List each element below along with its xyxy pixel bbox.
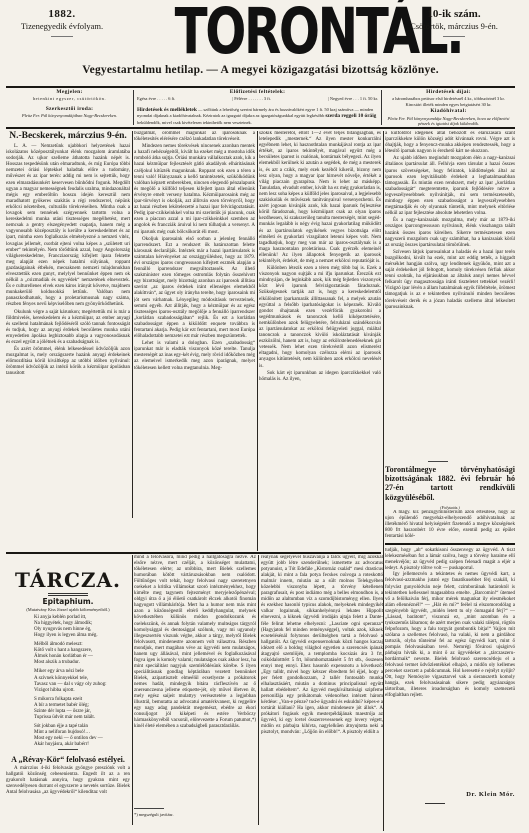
ads-info: Hirdetések és mellékletek — szőltünk a l… [137,107,378,125]
year-label: 1882. [12,8,112,20]
feuilleton-column-3: realynak segélyével huszavanja a falck ü… [261,555,383,823]
poem-title: Epitaphium. [6,599,130,605]
issue-date: Csötörtök, márczius 9-én. [399,21,509,31]
article-column-1: N.-Becskerek, márczius 9-én. L. A. — Nem… [6,131,130,518]
column-rule [132,555,133,825]
paragraph: realynak segélyével huszavanja a falck ü… [261,555,383,736]
subscription-prices: Egész évre . . . . . 6 ft. | Félévre . .… [137,96,378,101]
paragraph: Különben létezik ezen a téren még több b… [259,266,381,370]
fees-text: a háromhasábos petitsor első hirdetésnél… [385,96,512,107]
price-quarter: | Negyed évre . . . 1 ft. 50 kr. [328,96,378,101]
volume-label: Tizenegyedik évfolyam. [12,21,112,31]
publisher-label: Kiadóhivatal: [385,109,512,114]
stanza: Sót jokban éjje a tapé talán Mint a neli… [6,724,130,748]
divider [443,36,465,37]
assembly-headline: Torontálmegye törvényhatósági bizottságá… [385,465,515,512]
column-rule [258,555,259,825]
paragraph: Okulunk végre a saját kárunkon; megértet… [6,310,130,347]
paragraph: Okoljuk iparosaink első sorban a jelenle… [134,237,255,341]
publication-info: Megjelen: hetenkint egyszer, csütörtökön… [6,90,134,125]
feuilleton-column-2: mind a felolvasóra, mind pedig a hallgat… [134,555,256,823]
paragraph: szokik mesterétől, eltölt 1—2 évet telje… [259,131,381,265]
stanza: Ki anyja keblén porlad itt, Na higgyétek… [6,615,130,639]
poem: Epitaphium. (Mutatvány Kiss József ujabb… [6,599,130,751]
paragraph: a külföldről idegenek által behozott és … [385,131,515,155]
verse-line: Akár huyjásra, akár babérr! [34,742,130,748]
end-rule [425,803,445,804]
info-band: Megjelen: hetenkint egyszer, csütörtökön… [6,86,515,129]
signature: Dr. Klein Mór. [420,791,515,798]
appears-label: Megjelen: [9,90,130,95]
editorial-text: Pleitz Fer. Pál könyvnyomdájában Nagy-Be… [9,113,130,118]
divider [58,749,78,750]
revay-headline: A „Révay-Kör“ felolvasó estélyei. [6,755,130,764]
assembly-body: A magy. kir. pénzügyministerium azon ért… [385,510,515,795]
issue-number: 10-ik szám. [399,8,509,20]
feuilleton-title: TÁRCZA. [6,568,130,592]
stanza: Mélből álmodó meleszt: Kötő volt s hant … [6,642,130,666]
masthead-right: 10-ik szám. Csötörtök, márczius 9-én. [399,8,509,37]
column-rule [257,131,258,551]
divider [428,461,448,462]
section-rule [385,543,515,545]
paragraph: mind a felolvasóra, mind pedig a hallgat… [134,555,256,730]
subscription-info: Előfizetési feltételek: Egész évre . . .… [134,90,382,125]
verse-line: Tuprissa üdvöt már nem talált. [34,715,130,721]
paragraph: Mindezen nemes törekvések nincsenek azon… [134,144,255,235]
ornament [48,593,88,596]
paragraph: A márczius 4-iki felolvasás gyöngye pres… [6,766,130,796]
paragraph: Sok kárt ejt iparunkban az idegen iparcz… [259,371,381,383]
ads-deadline: szerda reggeli 10 óráig [325,113,376,119]
ad-fees-info: Hirdetések díjai: a háromhasábos petitso… [382,90,515,125]
column-rule [132,131,133,518]
verse-line: Hogy ilyen is legyen álma még. [34,633,130,639]
editorial-label: Szerkesztői iroda: [9,107,130,112]
publisher-text: Pleitz Fer. Pál könyvnyomdája Nagy-Becsk… [385,116,512,127]
newspaper-title: TORONTÁL. [175,0,378,63]
price-year: Egész évre . . . . . 6 ft. [137,96,175,101]
paragraph: Lehet is valami a dologban. Ezen „szabad… [134,341,255,371]
stanza: S mikorra folkapta ezeit A bír a termete… [6,697,130,721]
masthead: 1882. Tizenegyedik évfolyam. TORONTÁL. 1… [6,0,515,60]
verse-line: Most alszik a trubadur. [34,660,130,666]
article-column-3: szokik mesterétől, eltölt 1—2 évet telje… [259,131,381,518]
article-headline: N.-Becskerek, márczius 9-én. [6,131,130,142]
paragraph: És azért örömmel, élénk lelkesedéssel üd… [6,347,130,377]
poem-note: (Mutatvány Kiss József ujabb költeményei… [6,607,130,613]
article-column-4: a külföldről idegenek által behozott és … [385,131,515,461]
verse-line: Virágot hibba ujrott. [34,688,130,694]
ads-label: Hirdetések és mellékletek [137,107,197,113]
paragraph: Igy jellemezvén a tekintetes és nemes üg… [385,572,515,699]
masthead-left: 1882. Tizenegyedik évfolyam. [12,8,112,37]
column-rule [383,131,384,831]
footnote-text: *) megszégult javításr. [134,812,244,817]
revay-article: A „Révay-Kör“ felolvasó estélyei. A márc… [6,755,130,796]
feuilleton-rule [6,552,381,554]
paragraph: Szívesen látjuk iparosainkat a haladás é… [385,250,515,311]
newspaper-page: 1882. Tizenegyedik évfolyam. TORONTÁL. 1… [0,0,529,833]
paragraph: tudják, hogy „ah“ sokatkisoni összenvegy… [385,548,515,572]
paragraph: L. A. — Nemzetünk ujabbkori helyzetének … [6,144,130,309]
paragraph: buzgalmát, örömmel magunkat az iparosokn… [134,131,255,143]
stanza: Miker egy árva nézi bele A szívnek könny… [6,669,130,693]
fees-label: Hirdetések díjai: [385,90,512,95]
paragraph: És a nagy-kanizsaiak mozgalma, mely már … [385,218,515,248]
footnote: *) megszégult javításr. [134,808,244,817]
subscription-label: Előfizetési feltételek: [137,90,378,95]
assembly-headline-text: Torontálmegye törvényhatósági bizottságá… [385,465,515,502]
footnote-rule [134,808,164,809]
paragraph: A magy. kir. pénzügyministerium azon ért… [385,510,515,540]
divider [51,36,73,37]
ads-tail: beküldendők, mivel csak kivételesen teki… [137,120,252,125]
article-column-2: buzgalmát, örömmel magunkat az iparosokn… [134,131,255,518]
paragraph: Az ujabb időben megindult mozgalom élén … [385,156,515,217]
price-half: | Félévre . . . . . . . 3 ft. [232,96,271,101]
